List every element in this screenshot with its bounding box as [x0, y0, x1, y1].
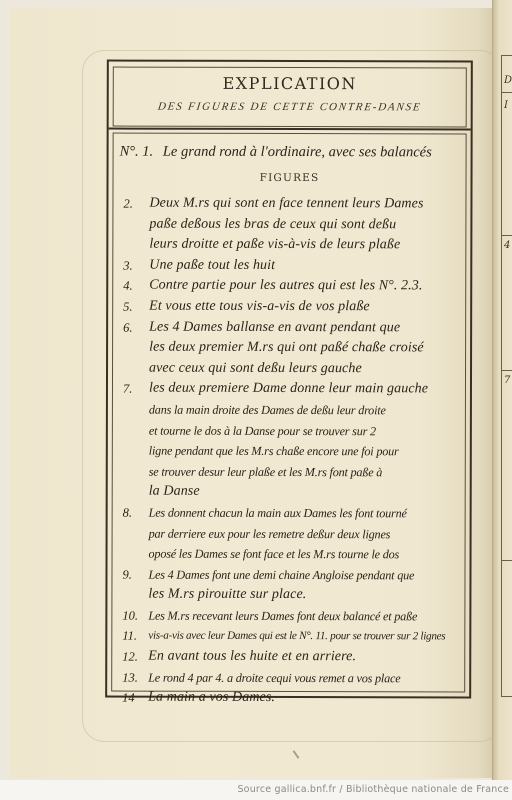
adjacent-page-glyph: 4 — [504, 240, 510, 251]
figure-line: les deux premiere Dame donne leur main g… — [149, 379, 461, 400]
figure-item: 13. Le rond 4 par 4. a droite cequi vous… — [118, 667, 460, 688]
figure-item: 10. Les M.rs recevant leurs Dames font d… — [118, 605, 460, 626]
figure-line: Les 4 Dames font une demi chaine Anglois… — [148, 564, 460, 585]
figure-item: 3. Une paße tout les huit — [119, 255, 461, 276]
figure-line: et tourne le dos à la Danse pour se trou… — [149, 420, 461, 441]
figure-line: par derriere eux pour les remetre deßur … — [149, 523, 461, 544]
adjacent-page-glyph: 7 — [504, 375, 510, 386]
adjacent-page-rule — [501, 560, 512, 561]
figure-item: 6. Les 4 Dames ballanse en avant pendant… — [119, 317, 461, 380]
intro-number: N°. 1. — [120, 144, 154, 160]
figure-number: 10. — [118, 605, 148, 626]
figure-item: 12. En avant tous les huite et en arrier… — [118, 647, 460, 668]
adjacent-page-rule — [501, 92, 512, 93]
figure-number: 7. — [119, 379, 149, 400]
figure-number: 13. — [118, 667, 148, 688]
figure-line: Et vous ette tous vis-a-vis de vos plaße — [149, 297, 461, 318]
figure-line: Les M.rs recevant leurs Dames font deux … — [148, 606, 460, 627]
figure-line: avec ceux qui sont deßu leurs gauche — [149, 358, 461, 379]
figure-line: oposé les Dames se font face et les M.rs… — [149, 544, 461, 565]
scan-area: De I 4 7 EXPLICATION DES FIGURES DE CETT… — [0, 0, 512, 780]
figure-line: Deux M.rs qui sont en face tennent leurs… — [149, 194, 461, 215]
adjacent-page-glyph: De — [504, 75, 512, 86]
figure-item: 2. Deux M.rs qui sont en face tennent le… — [119, 194, 461, 257]
figure-item: 4. Contre partie pour les autres qui est… — [119, 276, 461, 297]
figure-line: paße deßous les bras de ceux qui sont de… — [149, 214, 461, 235]
source-credit: Source gallica.bnf.fr / Bibliothèque nat… — [237, 784, 509, 795]
figure-line: ligne pendant que les M.rs chaße encore … — [149, 441, 461, 462]
figure-line: vis-a-vis avec leur Dames qui est le N°.… — [148, 626, 460, 647]
page-title: EXPLICATION — [114, 74, 466, 94]
figure-number: 5. — [119, 297, 149, 318]
figure-item: 9. Les 4 Dames font une demi chaine Angl… — [118, 564, 460, 606]
figure-number: 11. — [118, 626, 148, 647]
adjacent-page-glyph: I — [504, 100, 508, 111]
adjacent-page-rule — [501, 235, 512, 236]
figure-line: Le rond 4 par 4. a droite cequi vous rem… — [148, 667, 460, 688]
figure-number: 4. — [119, 276, 149, 297]
figure-number: 8. — [119, 502, 149, 523]
explication-frame: EXPLICATION DES FIGURES DE CETTE CONTRE-… — [105, 60, 473, 699]
header-box: EXPLICATION DES FIGURES DE CETTE CONTRE-… — [113, 67, 467, 128]
figure-line: Les 4 Dames ballanse en avant pendant qu… — [149, 317, 461, 338]
figure-number: 12. — [118, 647, 148, 668]
figure-number: 2. — [119, 194, 149, 215]
figure-line: Une paße tout les huit — [149, 255, 461, 276]
figure-line: les deux premier M.rs qui ont paßé chaße… — [149, 338, 461, 359]
figure-number: 6. — [119, 317, 149, 338]
figures-heading: FIGURES — [114, 172, 466, 185]
page-subtitle: DES FIGURES DE CETTE CONTRE-DANSE — [113, 101, 467, 114]
figures-box: N°. 1. Le grand rond à l'ordinaire, avec… — [111, 133, 466, 693]
figure-item: 7. les deux premiere Dame donne leur mai… — [119, 379, 461, 503]
adjacent-page-rule — [501, 370, 512, 371]
figure-line: En avant tous les huite et en arriere. — [148, 647, 460, 668]
figure-line: la Danse — [149, 482, 461, 503]
figure-number: 9. — [118, 564, 148, 585]
header-separator — [109, 128, 471, 131]
figures-list: 2. Deux M.rs qui sont en face tennent le… — [118, 194, 461, 710]
figure-line: se trouver desur leur plaße et les M.rs … — [149, 461, 461, 482]
figure-item: 11. vis-a-vis avec leur Dames qui est le… — [118, 626, 460, 647]
intro-text: Le grand rond à l'ordinaire, avec ses ba… — [163, 144, 432, 161]
figure-item: 5. Et vous ette tous vis-a-vis de vos pl… — [119, 297, 461, 318]
footer-bar: Source gallica.bnf.fr / Bibliothèque nat… — [0, 780, 512, 800]
figure-line: leurs droitte et paße vis-à-vis de leurs… — [149, 235, 461, 256]
figure-number: 3. — [119, 255, 149, 276]
figure-line: Les donnent chacun la main aux Dames les… — [149, 503, 461, 524]
figure-item: 8. Les donnent chacun la main aux Dames … — [119, 502, 461, 565]
figure-line: dans la main droite des Dames de deßu le… — [149, 400, 461, 421]
adjacent-page-edge: De I 4 7 — [492, 0, 512, 780]
figure-number: 14 — [118, 688, 148, 709]
figure-item: 14 La main a vos Dames. — [118, 688, 460, 709]
figure-line: les M.rs pirouitte sur place. — [148, 585, 460, 606]
intro-line: N°. 1. Le grand rond à l'ordinaire, avec… — [120, 144, 460, 162]
figure-line: Contre partie pour les autres qui est le… — [149, 276, 461, 297]
figure-line: La main a vos Dames. — [148, 688, 460, 709]
